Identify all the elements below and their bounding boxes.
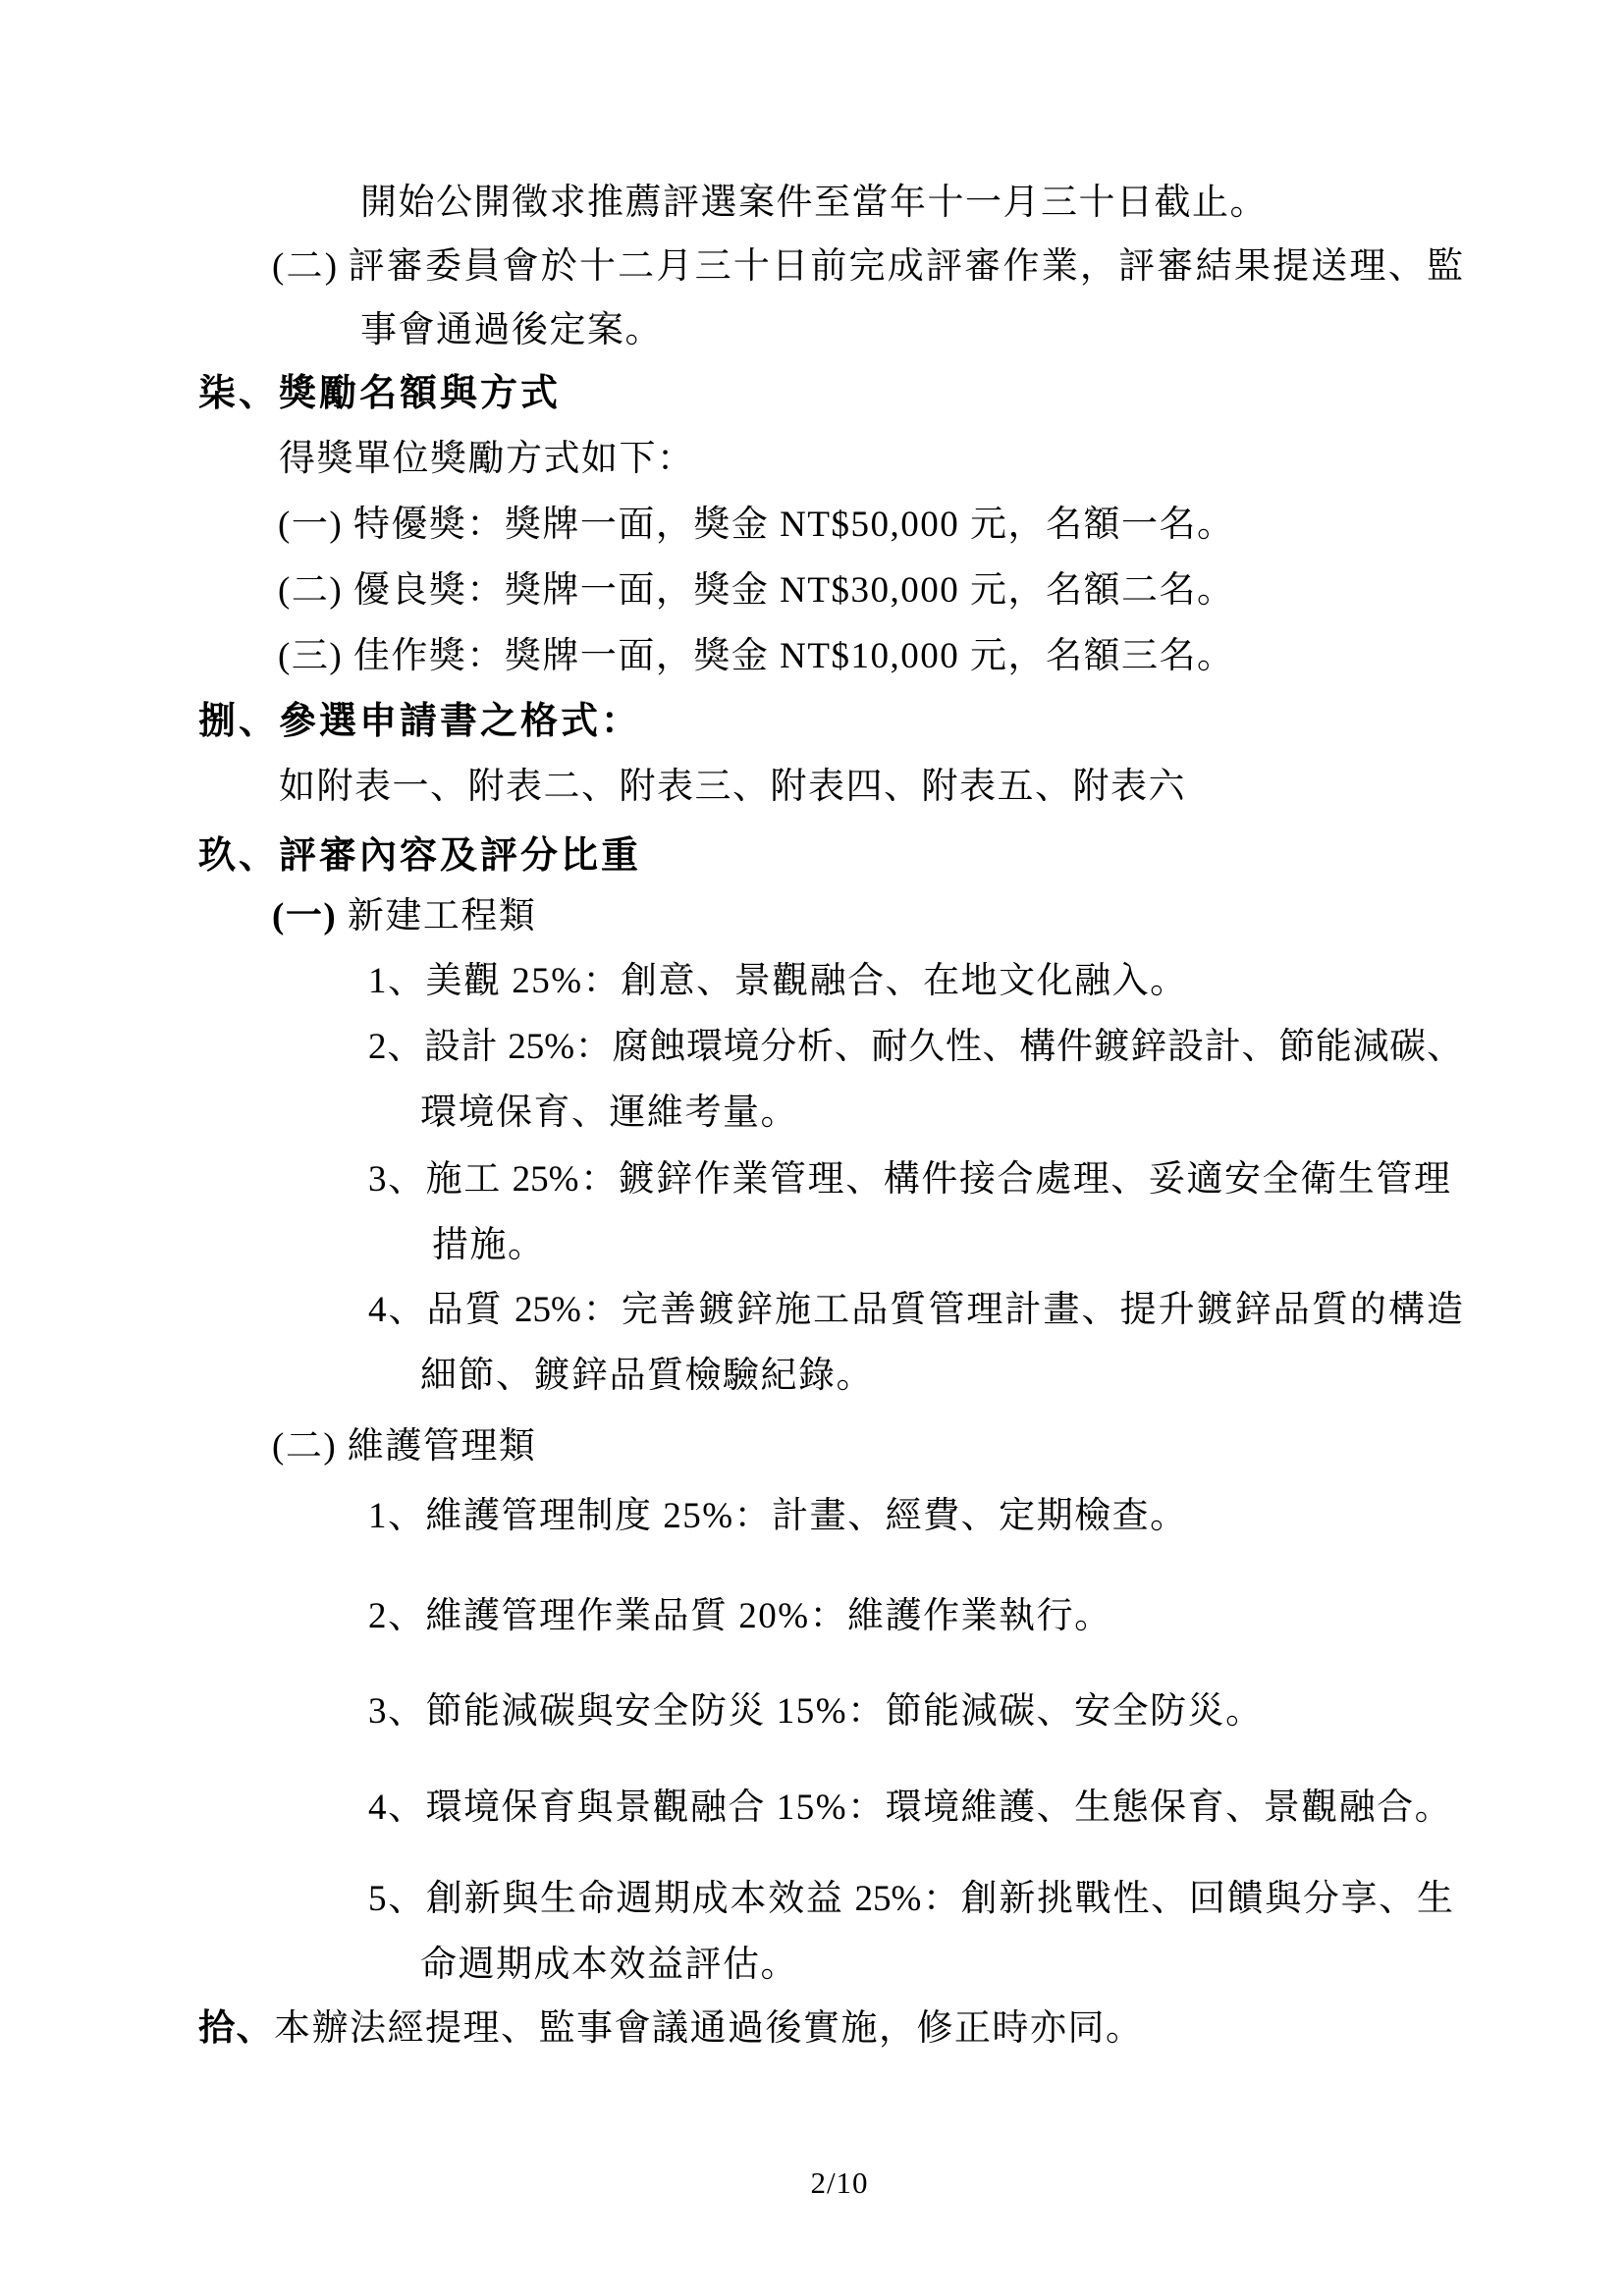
paragraph-awards-intro: 得獎單位獎勵方式如下： [279,438,695,481]
section-text: 本辦法經提理、監事會議通過後實施，修正時亦同。 [274,2008,1144,2049]
section-heading-7-awards: 柒、獎勵名額與方式 [198,372,561,416]
list-item-criterion-design: 2、設計 25%：腐蝕環境分析、耐久性、構件鍍鋅設計、節能減碳、 [368,1026,1463,1069]
list-item-award-merit: (三) 佳作獎：獎牌一面，獎金 NT$10,000 元，名額三名。 [278,635,1234,678]
list-item-criterion-environment: 4、環境保育與景觀融合 15%：環境維護、生態保育、景觀融合。 [368,1787,1452,1830]
section-number: 拾、 [198,2008,274,2049]
section-heading-9-criteria: 玖、評審內容及評分比重 [198,834,641,879]
list-item-criterion-design-cont: 環境保育、運維考量。 [420,1092,798,1135]
list-item-review-committee: (二) 評審委員會於十二月三十日前完成評審作業，評審結果提送理、監 [272,245,1463,289]
section-heading-10-implementation: 拾、本辦法經提理、監事會議通過後實施，修正時亦同。 [198,2007,1144,2051]
list-item-category-new-construction: (一) 新建工程類 [272,895,536,938]
document-page: 開始公開徵求推薦評選案件至當年十一月三十日截止。 (二) 評審委員會於十二月三十… [0,0,1624,2296]
list-item-criterion-quality-cont: 細節、鍍鋅品質檢驗紀錄。 [420,1355,874,1398]
section-heading-8-format: 捌、參選申請書之格式： [198,700,641,744]
page-number: 2/10 [776,2165,903,2201]
list-item-award-excellent: (二) 優良獎：獎牌一面，獎金 NT$30,000 元，名額二名。 [278,569,1234,613]
item-label: (一) [272,896,337,936]
list-item-criterion-quality: 4、品質 25%：完善鍍鋅施工品質管理計畫、提升鍍鋅品質的構造 [368,1289,1463,1332]
paragraph-attachments: 如附表一、附表二、附表三、附表四、附表五、附表六 [279,766,1186,809]
list-item-criterion-construction: 3、施工 25%：鍍鋅作業管理、構件接合處理、妥適安全衛生管理 [368,1158,1450,1201]
list-item-criterion-maintenance-quality: 2、維護管理作業品質 20%：維護作業執行。 [368,1595,1112,1638]
list-item-criterion-innovation-cont: 命週期成本效益評估。 [420,1944,798,1987]
list-item-criterion-aesthetics: 1、美觀 25%：創意、景觀融合、在地文化融入。 [368,960,1188,1003]
list-item-criterion-innovation: 5、創新與生命週期成本效益 25%：創新挑戰性、回饋與分享、生 [368,1878,1453,1921]
list-item-criterion-maintenance-system: 1、維護管理制度 25%：計畫、經費、定期檢查。 [368,1495,1188,1538]
list-item-category-maintenance: (二) 維護管理類 [272,1425,536,1468]
list-item-criterion-energy-safety: 3、節能減碳與安全防災 15%：節能減碳、安全防災。 [368,1690,1264,1734]
paragraph-line-intro-end: 開始公開徵求推薦評選案件至當年十一月三十日截止。 [360,182,1268,225]
paragraph-line-continuation: 事會通過後定案。 [360,309,663,352]
item-text: 新建工程類 [337,896,536,936]
list-item-award-top: (一) 特優獎：獎牌一面，獎金 NT$50,000 元，名額一名。 [278,504,1234,547]
list-item-criterion-construction-cont: 措施。 [432,1224,546,1267]
